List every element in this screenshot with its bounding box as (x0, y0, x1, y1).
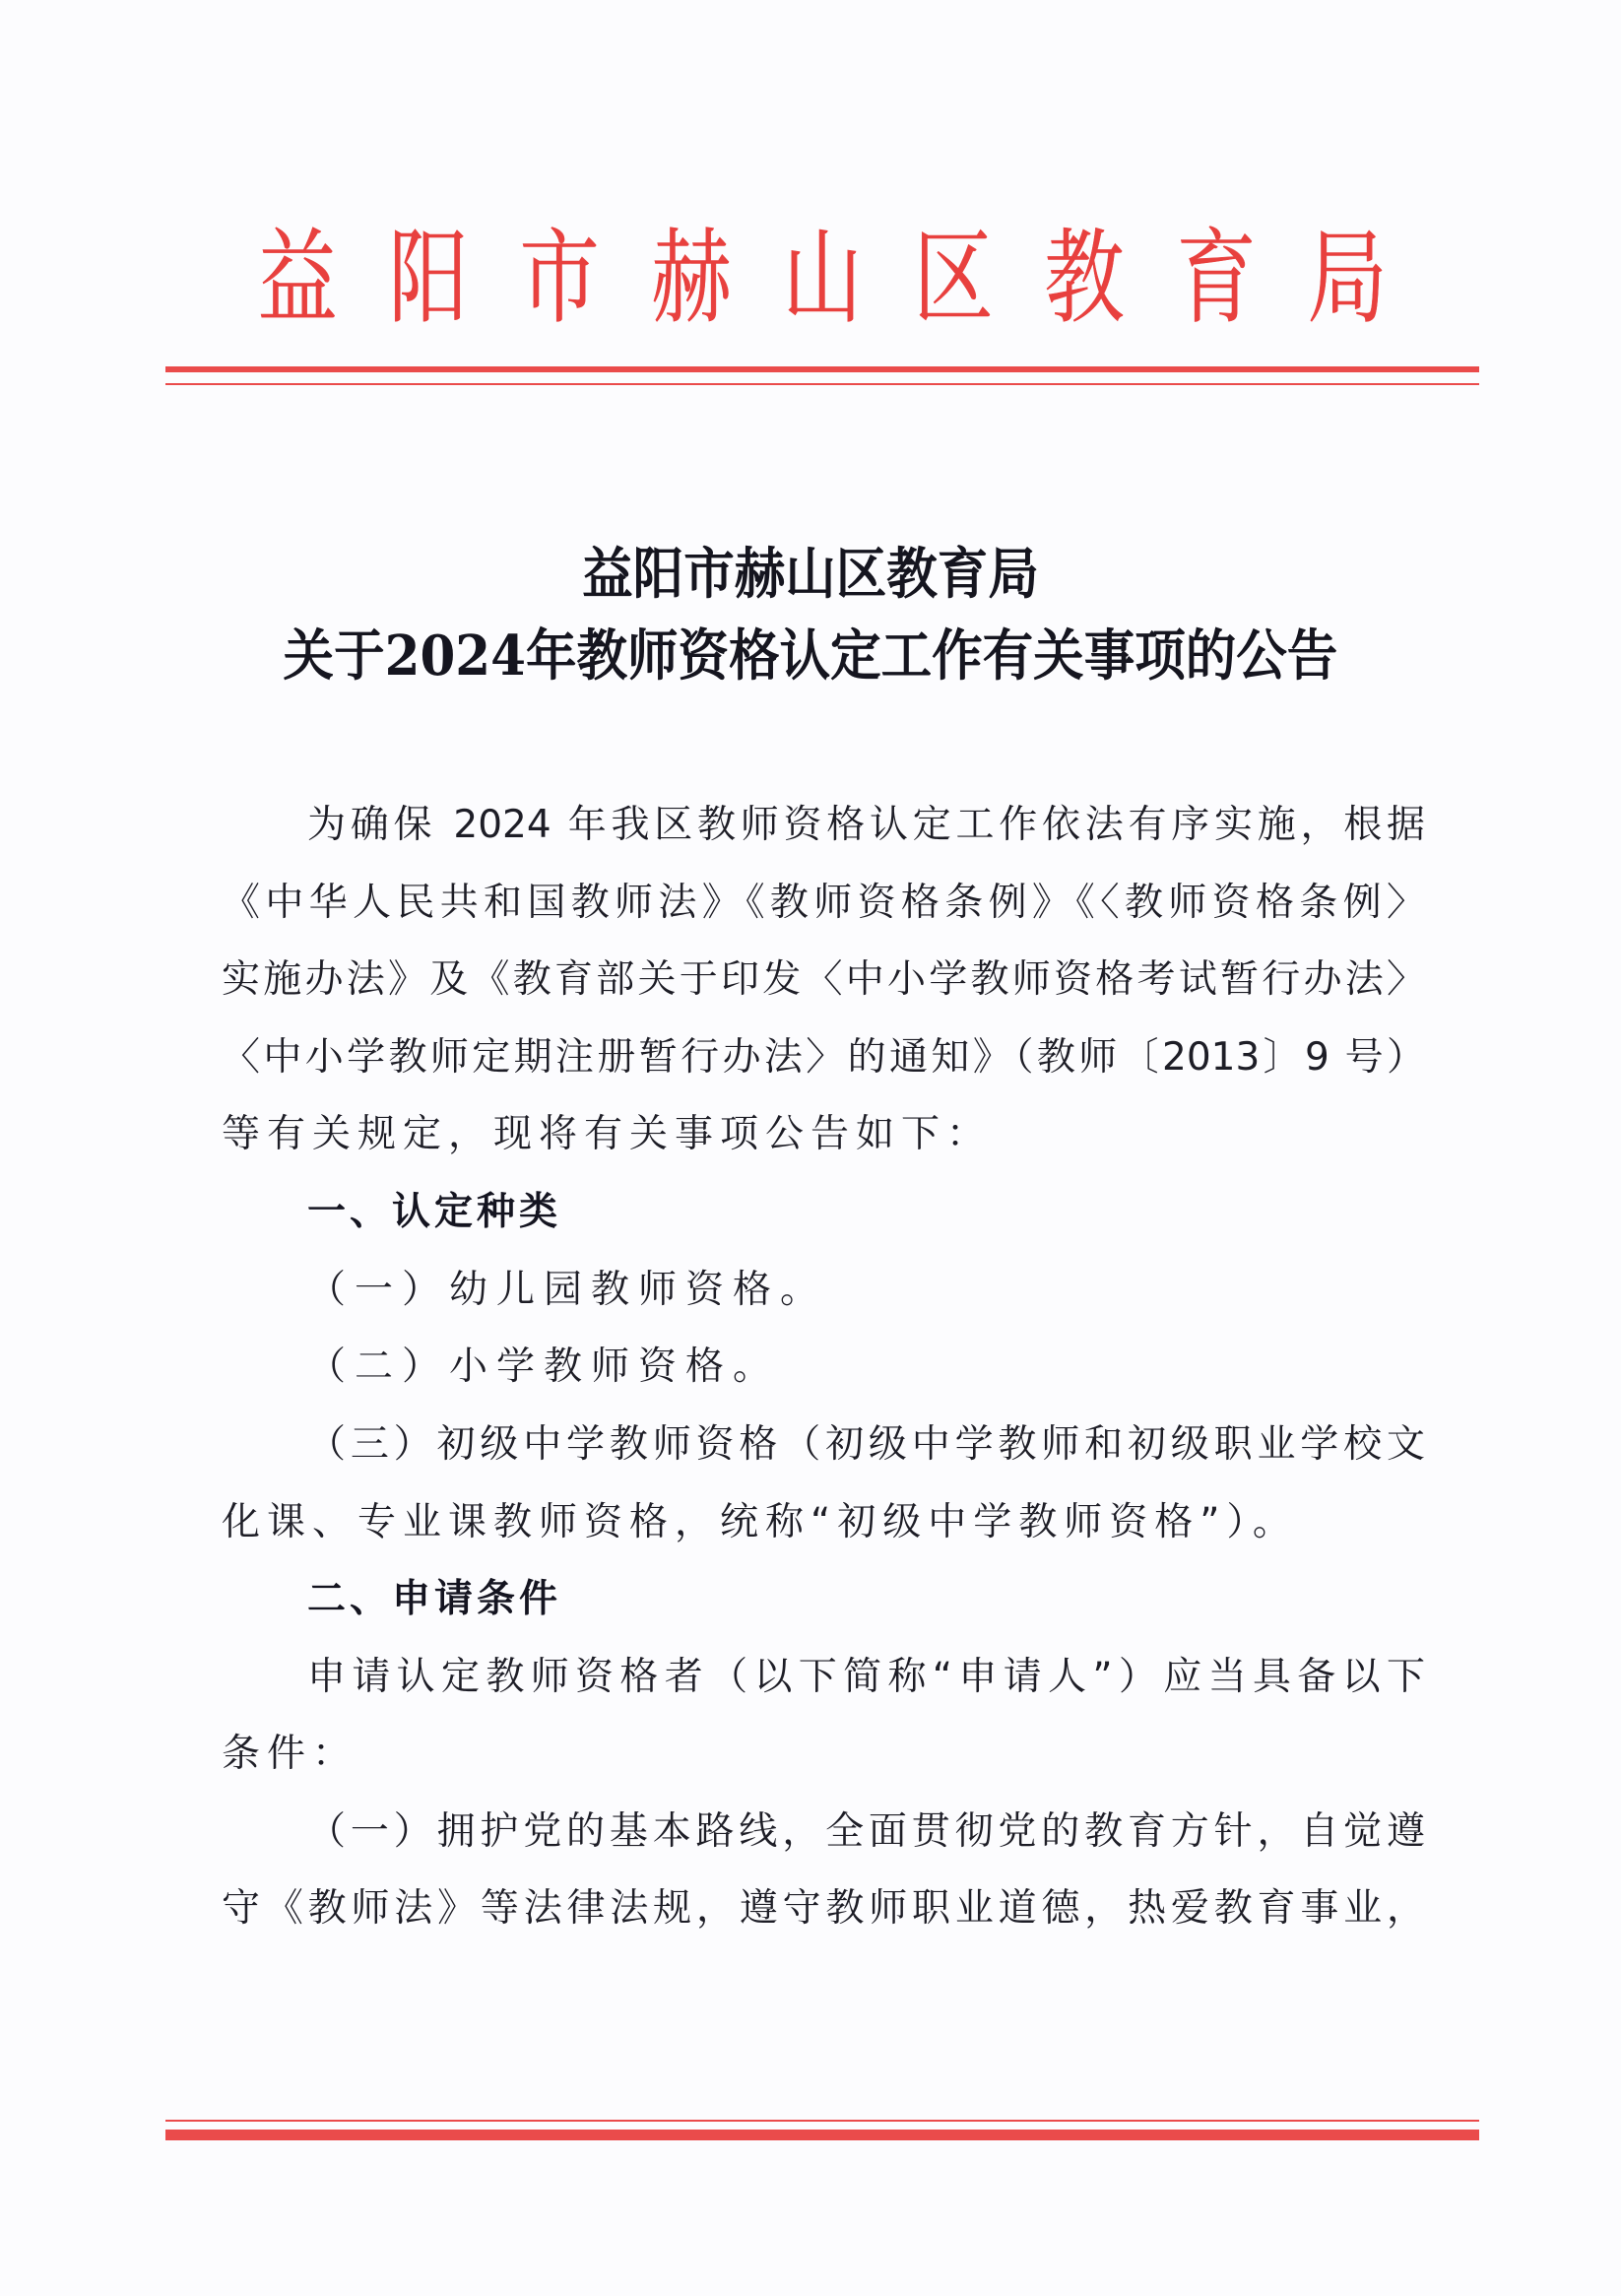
footer-rule-thick (165, 2130, 1479, 2140)
letterhead-rule-thin (165, 383, 1479, 385)
document-page: 益 阳 市 赫 山 区 教 育 局 益阳市赫山区教育局 关于2024年教师资格认… (0, 0, 1621, 2296)
section-heading-2: 二、申请条件 (307, 1570, 1425, 1629)
body-line: 实施办法》及《教育部关于印发〈中小学教师资格考试暂行办法〉 (222, 951, 1425, 1010)
letterhead-char: 益 (257, 219, 337, 337)
letterhead-char: 教 (1045, 219, 1125, 337)
document-title-line-1: 益阳市赫山区教育局 (0, 540, 1621, 609)
body-line: 化课、专业课教师资格，统称“初级中学教师资格”）。 (222, 1493, 1425, 1552)
section-heading-1: 一、认定种类 (307, 1183, 1425, 1242)
footer-rule-thin (165, 2120, 1479, 2122)
body-line: 《中华人民共和国教师法》《教师资格条例》《〈教师资格条例〉 (222, 874, 1425, 933)
body-line: 为确保 2024 年我区教师资格认定工作依法有序实施，根据 (307, 796, 1425, 855)
body-line: 条件： (222, 1725, 1425, 1784)
letterhead-char: 市 (520, 219, 600, 337)
letterhead-char: 区 (914, 219, 994, 337)
letterhead-char: 山 (782, 219, 862, 337)
letterhead-org-name: 益 阳 市 赫 山 区 教 育 局 (246, 219, 1398, 337)
letterhead-char: 育 (1176, 219, 1256, 337)
body-line: 守《教师法》等法律法规，遵守教师职业道德，热爱教育事业， (222, 1879, 1425, 1938)
body-line: 等有关规定，现将有关事项公告如下： (222, 1105, 1425, 1164)
letterhead-rule-thick (165, 366, 1479, 372)
letterhead-char: 局 (1307, 219, 1387, 337)
letterhead-char: 赫 (651, 219, 731, 337)
body-line: 申请认定教师资格者（以下简称“申请人”）应当具备以下 (307, 1648, 1425, 1707)
list-item: （一）拥护党的基本路线，全面贯彻党的教育方针，自觉遵 (307, 1803, 1425, 1862)
list-item: （二）小学教师资格。 (307, 1338, 1425, 1397)
letterhead-char: 阳 (389, 219, 469, 337)
list-item: （三）初级中学教师资格（初级中学教师和初级职业学校文 (307, 1415, 1425, 1475)
list-item: （一）幼儿园教师资格。 (307, 1261, 1425, 1320)
document-title-line-2: 关于2024年教师资格认定工作有关事项的公告 (0, 619, 1621, 693)
body-line: 〈中小学教师定期注册暂行办法〉的通知》（教师〔2013〕9 号） (222, 1028, 1425, 1087)
